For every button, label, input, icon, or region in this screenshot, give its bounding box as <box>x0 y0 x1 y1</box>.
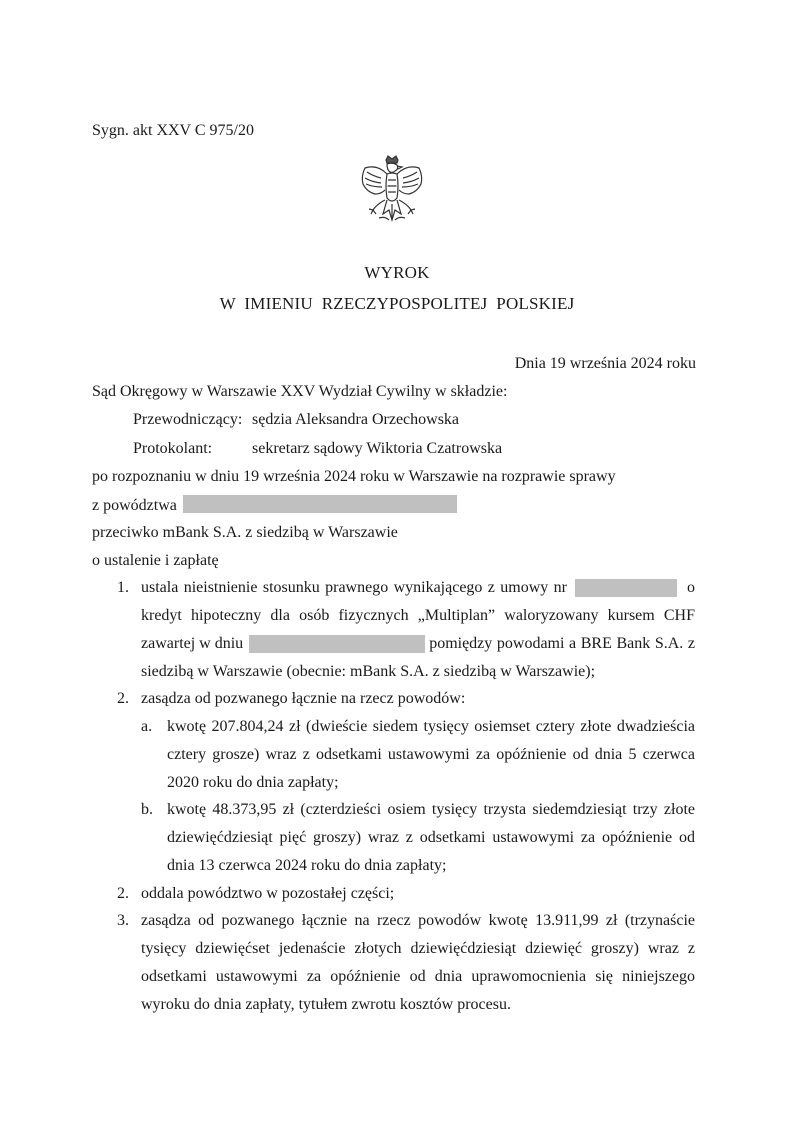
subitem-a-line-2: cztery grosze) wraz z odsetkami ustawowy… <box>167 745 695 765</box>
document-subtitle: W IMIENIU RZECZYPOSPOLITEJ POLSKIEJ <box>0 294 794 314</box>
item-3-line-3: odsetkami ustawowymi za opóźnienie od dn… <box>141 967 695 987</box>
item-number: 2. <box>117 884 129 904</box>
item-1-contract-date-prefix: zawartej w dniu <box>141 634 243 654</box>
composition-person-presiding: sędzia Aleksandra Orzechowska <box>252 410 459 430</box>
polish-eagle-emblem-icon <box>357 154 427 230</box>
subitem-letter: a. <box>141 717 152 737</box>
composition-person-clerk: sekretarz sądowy Wiktoria Czatrowska <box>252 439 502 459</box>
item-1-text: ustala nieistnienie stosunku prawnego wy… <box>141 578 567 598</box>
subitem-a-line-1: kwotę 207.804,24 zł (dwieście siedem tys… <box>167 717 695 737</box>
document-title: WYROK <box>0 263 794 283</box>
subitem-a-line-3: 2020 roku do dnia zapłaty; <box>167 773 339 793</box>
item-3-line-4: wyroku do dnia zapłaty, tytułem zwrotu k… <box>141 995 511 1015</box>
item-number: 3. <box>117 911 129 931</box>
case-signature: Sygn. akt XXV C 975/20 <box>92 121 254 141</box>
plaintiff-prefix: z powództwa <box>92 497 177 514</box>
subitem-b-line-3: dnia 13 czerwca 2024 roku do dnia zapłat… <box>167 856 446 876</box>
item-1-text-end: o <box>687 578 695 598</box>
item-1-line-3: zawartej w dniu pomiędzy powodami a BRE … <box>141 634 695 654</box>
judgment-page: Sygn. akt XXV C 975/20 WYROK W <box>0 0 794 1121</box>
item-1-contract-parties: pomiędzy powodami a BRE Bank S.A. z <box>429 634 695 654</box>
item-number: 1. <box>117 578 129 598</box>
contract-number-redaction <box>575 579 677 597</box>
item-1-line-2: kredyt hipoteczny dla osób fizycznych „M… <box>141 606 695 626</box>
plaintiff-line: z powództwa <box>92 495 457 516</box>
item-number: 2. <box>117 689 129 709</box>
item-3-line-1: zasądza od pozwanego łącznie na rzecz po… <box>141 911 695 931</box>
hearing-line: po rozpoznaniu w dniu 19 września 2024 r… <box>92 467 616 487</box>
contract-date-redaction <box>249 635 425 653</box>
plaintiff-name-redaction <box>183 495 457 513</box>
subitem-letter: b. <box>141 800 153 820</box>
item-dismiss-text: oddala powództwo w pozostałej części; <box>141 884 394 904</box>
defendant-line: przeciwko mBank S.A. z siedzibą w Warsza… <box>92 523 398 543</box>
item-1-line-1: ustala nieistnienie stosunku prawnego wy… <box>141 578 695 598</box>
court-line: Sąd Okręgowy w Warszawie XXV Wydział Cyw… <box>92 382 507 402</box>
subitem-b-line-2: dziewięćdziesiąt pięć groszy) wraz z ods… <box>167 828 695 848</box>
composition-role-clerk: Protokolant: <box>133 439 212 459</box>
composition-role-presiding: Przewodniczący: <box>133 410 242 430</box>
item-2-text: zasądza od pozwanego łącznie na rzecz po… <box>141 689 465 709</box>
item-3-line-2: tysięcy dziewięćset jedenaście złotych d… <box>141 939 695 959</box>
judgment-date: Dnia 19 września 2024 roku <box>515 354 696 374</box>
subject-line: o ustalenie i zapłatę <box>92 551 219 571</box>
item-1-line-4: siedzibą w Warszawie (obecnie: mBank S.A… <box>141 662 595 682</box>
subitem-b-line-1: kwotę 48.373,95 zł (czterdzieści osiem t… <box>167 800 695 820</box>
